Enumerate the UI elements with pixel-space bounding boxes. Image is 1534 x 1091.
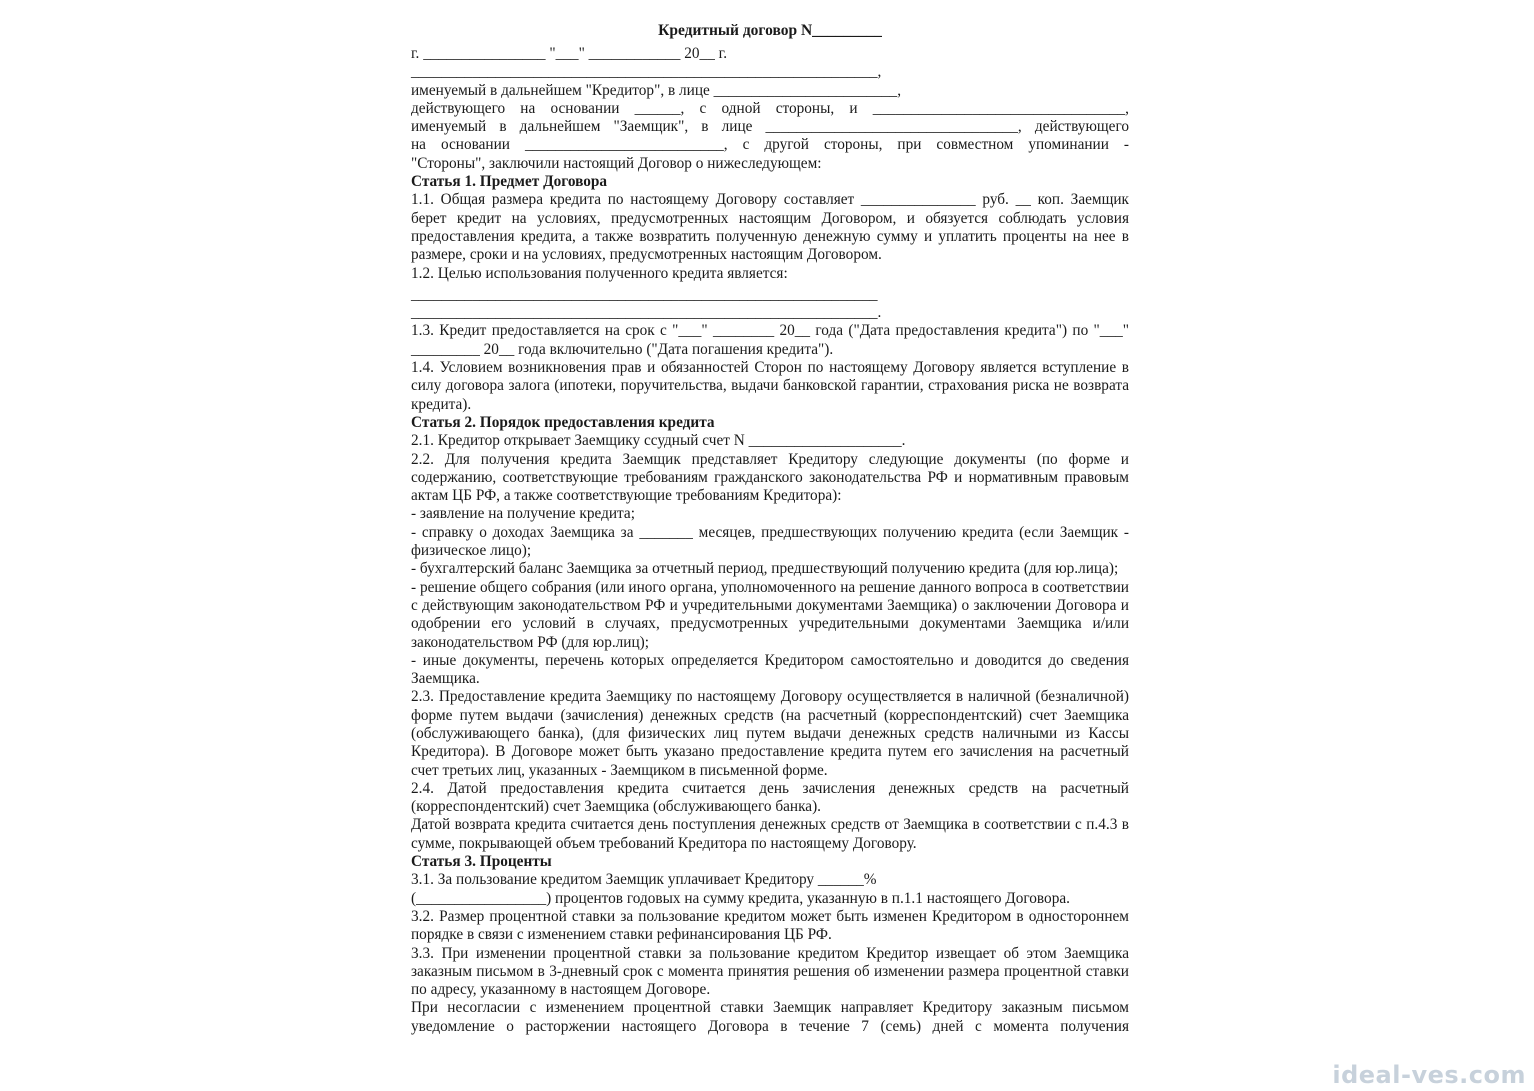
clause-2-4-return-date: Датой возврата кредита считается день по… xyxy=(411,816,1129,853)
document-list-item: - заявление на получение кредита; xyxy=(411,505,1129,523)
party1-line: ________________________________________… xyxy=(411,63,1129,81)
clause-1-1: 1.1. Общая размера кредита по настоящему… xyxy=(411,191,1129,264)
clause-3-3-disagreement: При несогласии с изменением процентной с… xyxy=(411,999,1129,1036)
parties-line: "Стороны", заключили настоящий Договор о… xyxy=(411,155,1129,173)
place-date-line: г. ________________ "___" ____________ 2… xyxy=(411,45,1129,63)
borrower-line: именуемый в дальнейшем "Заемщик", в лице… xyxy=(411,118,1129,136)
basis2-line: на основании __________________________,… xyxy=(411,136,1129,154)
clause-1-2-blank-2: ________________________________________… xyxy=(411,304,1129,322)
clause-2-1: 2.1. Кредитор открывает Заемщику ссудный… xyxy=(411,432,1129,450)
clause-1-2-blank-1: ________________________________________… xyxy=(411,286,1129,304)
clause-3-3: 3.3. При изменении процентной ставки за … xyxy=(411,945,1129,1000)
clause-3-1-words: (_________________) процентов годовых на… xyxy=(411,890,1129,908)
document-list-item: - бухгалтерский баланс Заемщика за отчет… xyxy=(411,560,1129,578)
document-title: Кредитный договор N_________ xyxy=(411,20,1129,42)
clause-1-3: 1.3. Кредит предоставляется на срок с "_… xyxy=(411,322,1129,359)
article2-heading: Статья 2. Порядок предоставления кредита xyxy=(411,414,1129,432)
document-list-item: - решение общего собрания (или иного орг… xyxy=(411,579,1129,652)
document-list-item: - иные документы, перечень которых опред… xyxy=(411,652,1129,689)
creditor-line: именуемый в дальнейшем "Кредитор", в лиц… xyxy=(411,82,1129,100)
clause-3-1-rate: 3.1. За пользование кредитом Заемщик упл… xyxy=(411,871,1129,889)
article1-heading: Статья 1. Предмет Договора xyxy=(411,173,1129,191)
clause-2-4: 2.4. Датой предоставления кредита считае… xyxy=(411,780,1129,817)
clause-1-4: 1.4. Условием возникновения прав и обяза… xyxy=(411,359,1129,414)
watermark-logo: ideal-ves.com xyxy=(1332,1061,1526,1089)
document-page: Кредитный договор N_________ г. ________… xyxy=(411,20,1129,1036)
clause-2-3: 2.3. Предоставление кредита Заемщику по … xyxy=(411,688,1129,779)
clause-1-2: 1.2. Целью использования полученного кре… xyxy=(411,265,1129,283)
clause-2-2: 2.2. Для получения кредита Заемщик предс… xyxy=(411,451,1129,506)
basis1-line: действующего на основании ______, с одно… xyxy=(411,100,1129,118)
clause-3-2: 3.2. Размер процентной ставки за пользов… xyxy=(411,908,1129,945)
article3-heading: Статья 3. Проценты xyxy=(411,853,1129,871)
document-list-item: - справку о доходах Заемщика за _______ … xyxy=(411,524,1129,561)
